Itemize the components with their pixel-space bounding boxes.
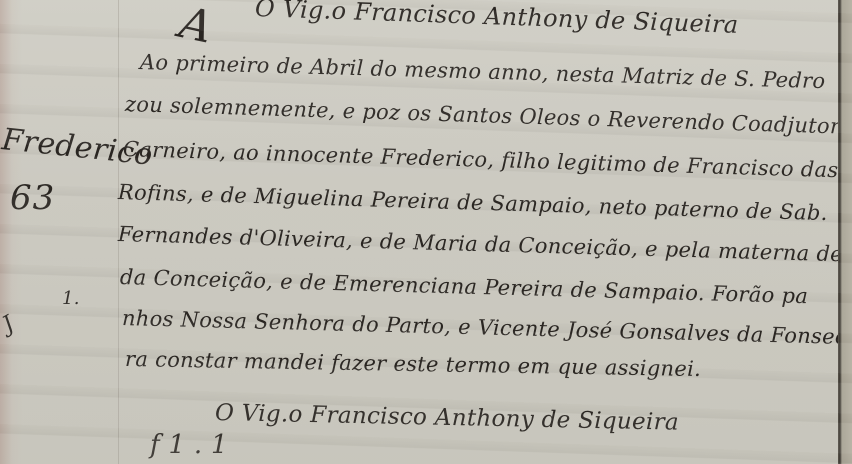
margin-entry-number: 63 xyxy=(10,178,55,218)
document-page: A O Vig.o Francisco Anthony de Siqueira … xyxy=(0,0,852,464)
record-line: Carneiro, ao innocente Frederico, filho … xyxy=(123,137,839,182)
record-line: da Conceição, e de Emerenciana Pereira d… xyxy=(120,265,809,308)
decorative-initial: A xyxy=(175,0,217,54)
record-line: nhos Nossa Senhora do Parto, e Vicente J… xyxy=(122,306,852,349)
page-edge-binding xyxy=(838,0,852,464)
margin-mark: 1. xyxy=(62,288,80,309)
record-line: Fernandes d'Oliveira, e de Maria da Conc… xyxy=(118,222,844,266)
header-signature: O Vig.o Francisco Anthony de Siqueira xyxy=(255,0,739,39)
footer-signature: O Vig.o Francisco Anthony de Siqueira xyxy=(215,400,679,436)
record-line: zou solemnemente, e poz os Santos Oleos … xyxy=(125,92,852,140)
margin-mark: J xyxy=(0,311,19,337)
stray-ink-marks: f 1 . 1 xyxy=(150,430,228,460)
record-line: Rofins, e de Miguelina Pereira de Sampai… xyxy=(118,180,828,225)
record-line: Ao primeiro de Abril do mesmo anno, nest… xyxy=(140,50,826,93)
record-line: ra constar mandei fazer este termo em qu… xyxy=(125,347,702,381)
